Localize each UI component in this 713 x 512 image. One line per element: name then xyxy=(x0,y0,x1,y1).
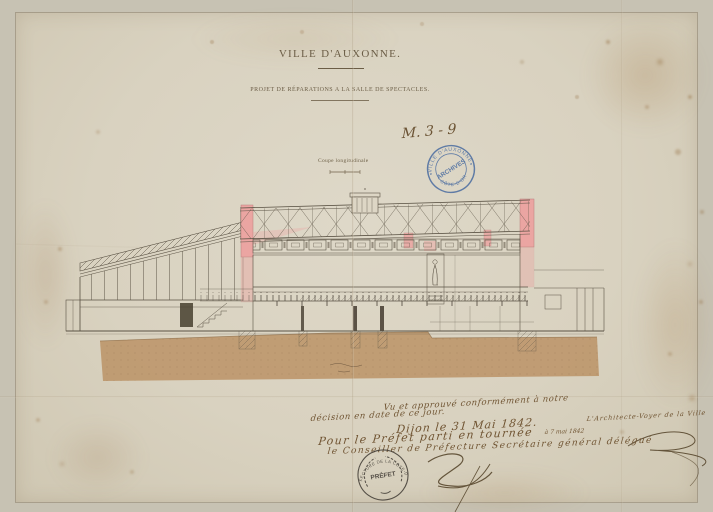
signature-paraph-prefect xyxy=(428,454,492,512)
right-wing xyxy=(534,270,604,331)
scale-bar xyxy=(330,170,360,174)
approval-date-note: à 7 mai 1842 xyxy=(544,428,584,436)
left-wing xyxy=(66,222,243,331)
scanned-document: VILLE D'AUXONNE. PROJET DE RÉPARATIONS A… xyxy=(0,0,713,512)
page-title: VILLE D'AUXONNE. xyxy=(250,48,430,60)
title-underline xyxy=(318,68,364,69)
roof-lantern xyxy=(350,189,380,213)
subtitle-underline xyxy=(311,100,369,101)
scale-label: Coupe longitudinale xyxy=(318,158,388,164)
ceiling-frieze xyxy=(253,234,520,331)
page-subtitle: PROJET DE RÉPARATIONS A LA SALLE DE SPEC… xyxy=(230,87,450,93)
